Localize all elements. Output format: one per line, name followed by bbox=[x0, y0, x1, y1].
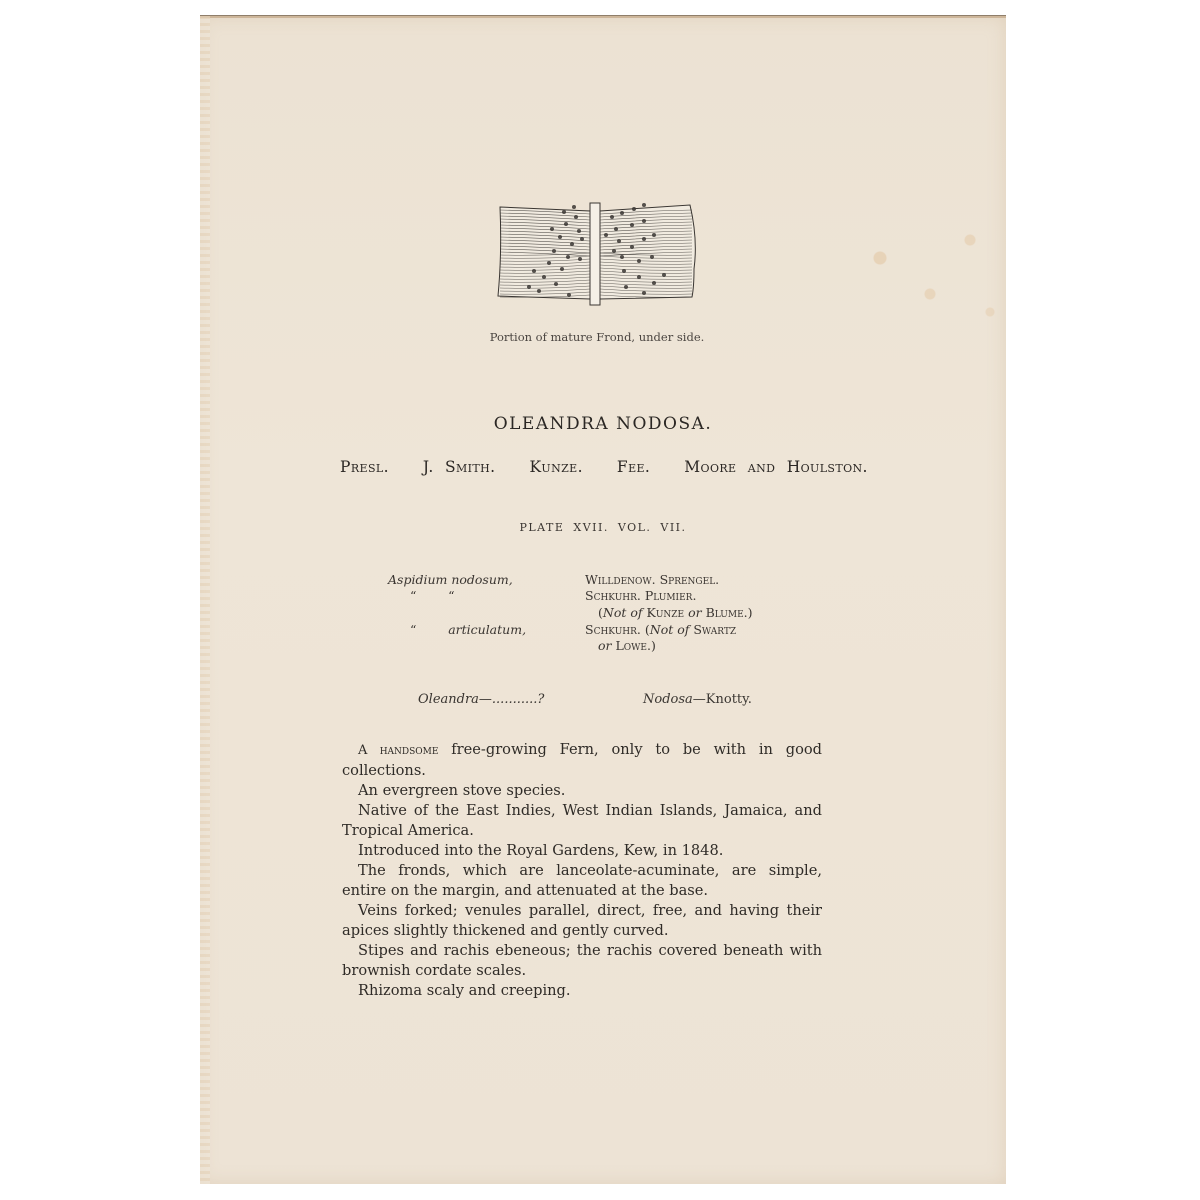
ditto-marks: “ “ bbox=[410, 588, 455, 603]
page-title: OLEANDRA NODOSA. bbox=[200, 414, 1006, 434]
authors-line: Presl. J. Smith. Kunze. Fee. Moore and H… bbox=[340, 458, 868, 476]
paragraph: Rhizoma scaly and creeping. bbox=[342, 981, 822, 1001]
paragraph: A handsome free-growing Fern, only to be… bbox=[342, 740, 822, 781]
synonym-name: Aspidium nodosum, bbox=[388, 572, 513, 587]
paragraph: Native of the East Indies, West Indian I… bbox=[342, 801, 822, 841]
paragraph: An evergreen stove species. bbox=[342, 781, 822, 801]
frond-illustration bbox=[494, 199, 699, 306]
plate-reference: PLATE XVII. VOL. VII. bbox=[200, 521, 1006, 534]
etymology-genus: Oleandra—...........? bbox=[418, 692, 544, 707]
author: J. Smith. bbox=[423, 458, 496, 476]
author: Fee. bbox=[617, 458, 650, 476]
synonym-note: (Not of Kunze or Blume.) bbox=[598, 605, 753, 620]
paragraph: The fronds, which are lanceolate-acumina… bbox=[342, 861, 822, 901]
description-text: A handsome free-growing Fern, only to be… bbox=[342, 740, 822, 1001]
author: Kunze. bbox=[529, 458, 582, 476]
paragraph: Stipes and rachis ebeneous; the rachis c… bbox=[342, 941, 822, 981]
etymology-species: Nodosa—Knotty. bbox=[643, 692, 752, 707]
book-page: Portion of mature Frond, under side. OLE… bbox=[200, 15, 1006, 1184]
synonym-authority: Schkuhr. (Not of Swartz bbox=[585, 622, 736, 637]
author: Moore and Houlston. bbox=[684, 458, 868, 476]
synonym-authority-cont: or Lowe.) bbox=[598, 638, 656, 653]
synonym-authority: Schkuhr. Plumier. bbox=[585, 588, 696, 603]
synonym-authority: Willdenow. Sprengel. bbox=[585, 572, 719, 587]
figure-caption: Portion of mature Frond, under side. bbox=[482, 330, 712, 344]
paragraph: Introduced into the Royal Gardens, Kew, … bbox=[342, 841, 822, 861]
fern-frond-icon bbox=[494, 199, 699, 306]
synonym-name: “ articulatum, bbox=[410, 622, 526, 637]
foxing-stains bbox=[820, 186, 1020, 366]
paragraph: Veins forked; venules parallel, direct, … bbox=[342, 901, 822, 941]
author: Presl. bbox=[340, 458, 389, 476]
